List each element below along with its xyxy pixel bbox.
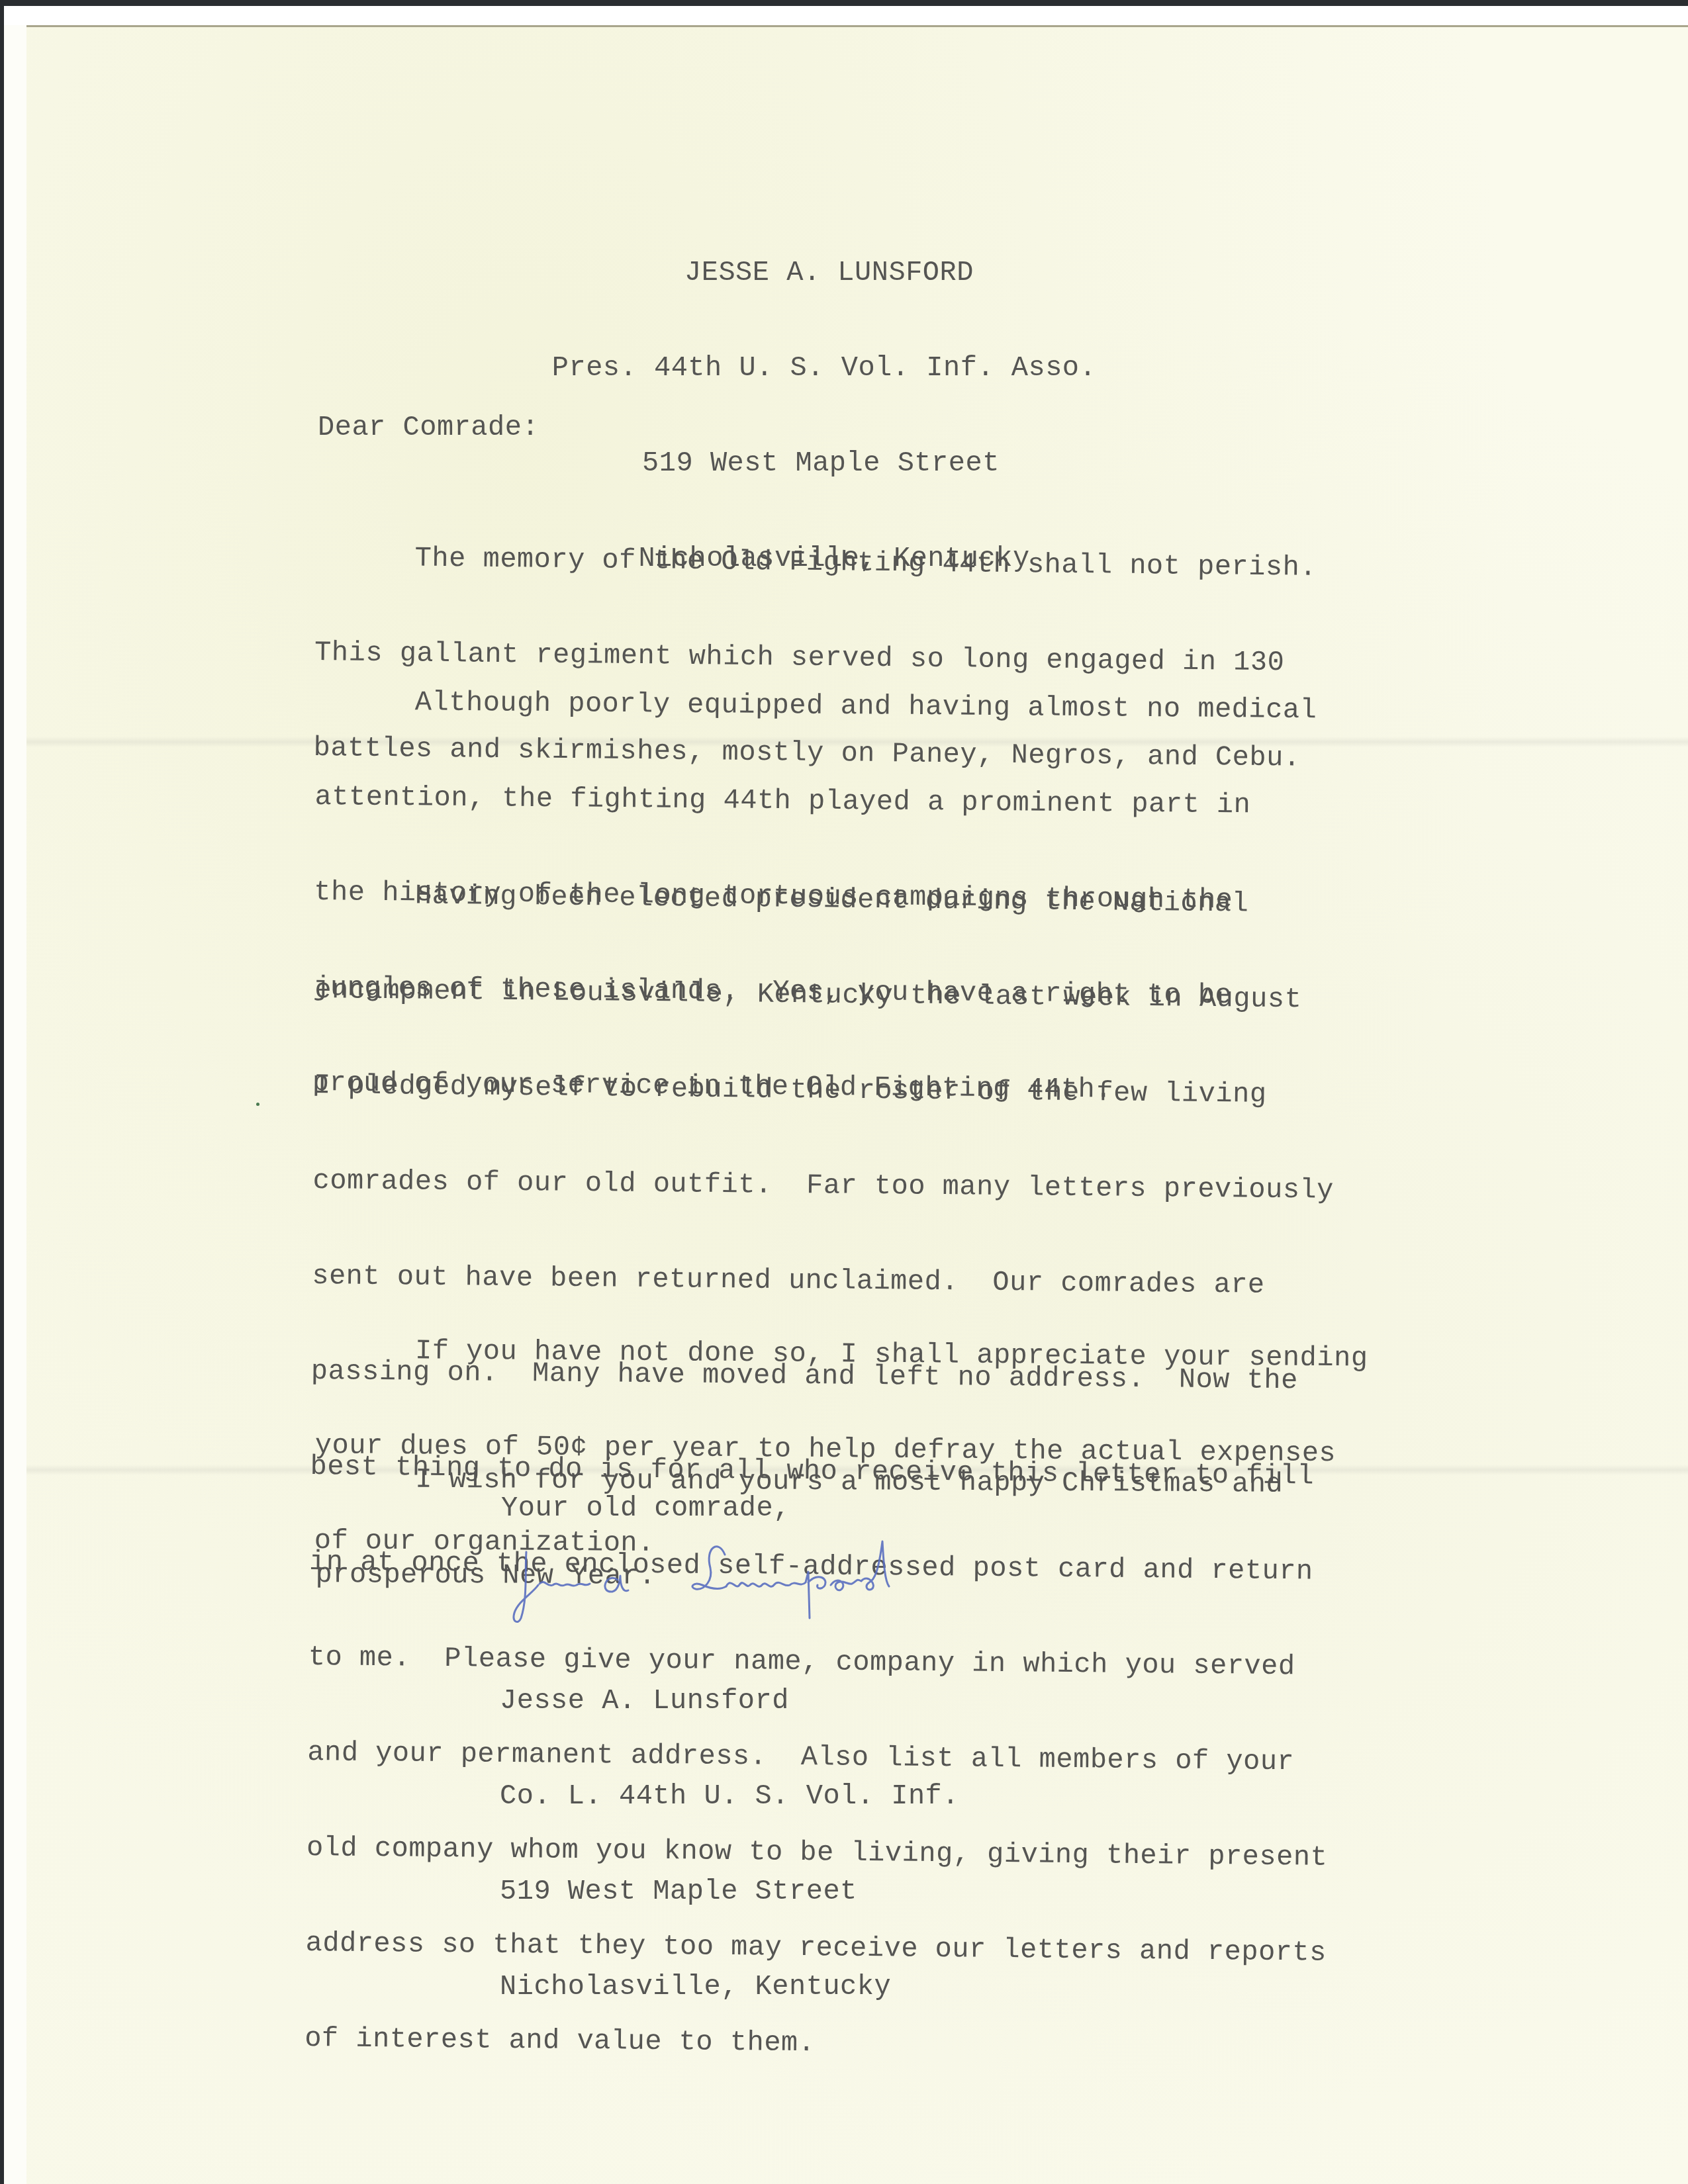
ink-speck: [256, 1103, 259, 1106]
signer-name: Jesse A. Lunsford: [500, 1685, 959, 1717]
paragraph-line: encampment in Louisville, Kentucky the l…: [314, 974, 1572, 1018]
paragraph-line: Although poorly equipped and having almo…: [316, 686, 1573, 729]
scanner-bed: [4, 6, 1688, 25]
paragraph-line: I pledged myself to rebuild the roster o…: [314, 1069, 1571, 1113]
signer-street: 519 West Maple Street: [500, 1876, 959, 1907]
letterhead-name: JESSE A. LUNSFORD: [0, 257, 1688, 289]
signer-city: Nicholasville, Kentucky: [500, 1971, 959, 2003]
salutation: Dear Comrade:: [318, 412, 539, 443]
paragraph-line: comrades of our old outfit. Far too many…: [312, 1165, 1570, 1208]
paragraph-line: If you have not done so, I shall appreci…: [316, 1334, 1573, 1376]
letterhead-title: Pres. 44th U. S. Vol. Inf. Asso.: [0, 352, 1688, 384]
signature-block: Jesse A. Lunsford Co. L. 44th U. S. Vol.…: [500, 1621, 959, 2034]
handwritten-signature: [506, 1532, 1009, 1625]
letterhead-street: 519 West Maple Street: [0, 447, 1688, 479]
paragraph-line: The memory of the Old Fighting 44th shal…: [315, 541, 1573, 586]
paragraph-line: Having been elected president during the…: [316, 879, 1573, 923]
signer-unit: Co. L. 44th U. S. Vol. Inf.: [500, 1780, 959, 1812]
closing: Your old comrade,: [501, 1492, 790, 1524]
scanner-border-top: [0, 0, 1688, 6]
